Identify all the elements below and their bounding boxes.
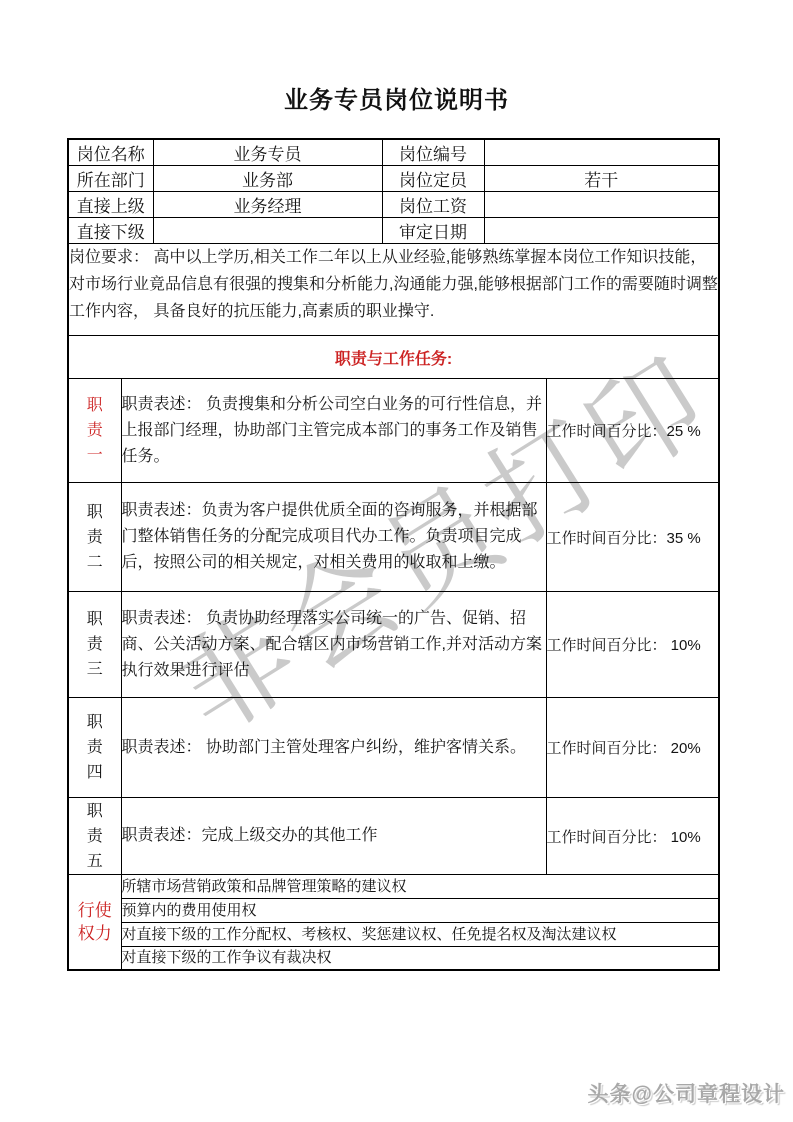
- info-value-subordinate: [153, 218, 382, 244]
- duty-2-description: 职责表述：负责为客户提供优质全面的咨询服务，并根据部门整体销售任务的分配完成项目…: [121, 483, 546, 592]
- duty-row-2: 职责二 职责表述：负责为客户提供优质全面的咨询服务，并根据部门整体销售任务的分配…: [68, 483, 719, 592]
- duty-4-description: 职责表述： 协助部门主管处理客户纠纷，维护客情关系。: [121, 698, 546, 798]
- authority-item-2: 预算内的费用使用权: [121, 899, 719, 923]
- info-value-superior: 业务经理: [153, 192, 382, 218]
- duty-5-label: 职责五: [86, 799, 104, 874]
- duty-3-time-percentage: 工作时间百分比： 10%: [546, 592, 719, 698]
- info-value-review-date: [484, 218, 719, 244]
- duties-section-heading: 职责与工作任务:: [68, 336, 719, 379]
- duty-2-time-percentage: 工作时间百分比：35 %: [546, 483, 719, 592]
- duty-2-label-cell: 职责二: [68, 483, 121, 592]
- table-row: 职责与工作任务:: [68, 336, 719, 379]
- duty-4-label: 职责四: [86, 710, 104, 785]
- duty-5-description: 职责表述：完成上级交办的其他工作: [121, 798, 546, 875]
- document-page: 非会员打印 业务专员岗位说明书 岗位名称 业务专员 岗位编号 所在部门 业务部 …: [0, 0, 793, 1122]
- info-label-superior: 直接上级: [68, 192, 153, 218]
- authority-label-cell: 行使权力: [68, 875, 121, 971]
- table-row: 岗位要求： 高中以上学历,相关工作二年以上从业经验,能够熟练掌握本岗位工作知识技…: [68, 244, 719, 336]
- table-row: 直接下级 审定日期: [68, 218, 719, 244]
- info-value-position-code: [484, 139, 719, 166]
- duty-1-description: 职责表述： 负责搜集和分析公司空白业务的可行性信息，并上报部门经理，协助部门主管…: [121, 379, 546, 483]
- info-label-department: 所在部门: [68, 166, 153, 192]
- job-description-table: 岗位名称 业务专员 岗位编号 所在部门 业务部 岗位定员 若干 直接上级 业务经…: [67, 138, 720, 971]
- info-value-salary: [484, 192, 719, 218]
- info-label-salary: 岗位工资: [382, 192, 484, 218]
- authority-row-2: 预算内的费用使用权: [68, 899, 719, 923]
- authority-item-1: 所辖市场营销政策和品牌管理策略的建议权: [121, 875, 719, 899]
- duty-row-1: 职责一 职责表述： 负责搜集和分析公司空白业务的可行性信息，并上报部门经理，协助…: [68, 379, 719, 483]
- duty-1-label: 职责一: [86, 393, 104, 468]
- authority-item-4: 对直接下级的工作争议有裁决权: [121, 947, 719, 971]
- duty-3-description: 职责表述： 负责协助经理落实公司统一的广告、促销、招商、公关活动方案、配合辖区内…: [121, 592, 546, 698]
- info-label-headcount: 岗位定员: [382, 166, 484, 192]
- duty-2-label: 职责二: [86, 500, 104, 575]
- table-row: 岗位名称 业务专员 岗位编号: [68, 139, 719, 166]
- info-label-position-name: 岗位名称: [68, 139, 153, 166]
- duty-1-time-percentage: 工作时间百分比：25 %: [546, 379, 719, 483]
- authority-row-4: 对直接下级的工作争议有裁决权: [68, 947, 719, 971]
- job-requirements-text: 岗位要求： 高中以上学历,相关工作二年以上从业经验,能够熟练掌握本岗位工作知识技…: [68, 244, 719, 336]
- authority-label: 行使权力: [76, 899, 114, 945]
- footer-watermark: 头条@公司章程设计: [588, 1078, 785, 1108]
- authority-item-3: 对直接下级的工作分配权、考核权、奖惩建议权、任免提名权及淘汰建议权: [121, 923, 719, 947]
- duty-5-label-cell: 职责五: [68, 798, 121, 875]
- authority-row-1: 行使权力 所辖市场营销政策和品牌管理策略的建议权: [68, 875, 719, 899]
- info-label-position-code: 岗位编号: [382, 139, 484, 166]
- table-row: 直接上级 业务经理 岗位工资: [68, 192, 719, 218]
- info-value-headcount: 若干: [484, 166, 719, 192]
- duty-3-label: 职责三: [86, 607, 104, 682]
- info-label-review-date: 审定日期: [382, 218, 484, 244]
- info-label-subordinate: 直接下级: [68, 218, 153, 244]
- table-row: 所在部门 业务部 岗位定员 若干: [68, 166, 719, 192]
- authority-row-3: 对直接下级的工作分配权、考核权、奖惩建议权、任免提名权及淘汰建议权: [68, 923, 719, 947]
- duty-4-label-cell: 职责四: [68, 698, 121, 798]
- duty-3-label-cell: 职责三: [68, 592, 121, 698]
- duty-row-4: 职责四 职责表述： 协助部门主管处理客户纠纷，维护客情关系。 工作时间百分比： …: [68, 698, 719, 798]
- duty-1-label-cell: 职责一: [68, 379, 121, 483]
- duty-row-5: 职责五 职责表述：完成上级交办的其他工作 工作时间百分比： 10%: [68, 798, 719, 875]
- duty-5-time-percentage: 工作时间百分比： 10%: [546, 798, 719, 875]
- page-title: 业务专员岗位说明书: [0, 80, 793, 115]
- info-value-position-name: 业务专员: [153, 139, 382, 166]
- duty-4-time-percentage: 工作时间百分比： 20%: [546, 698, 719, 798]
- info-value-department: 业务部: [153, 166, 382, 192]
- duty-row-3: 职责三 职责表述： 负责协助经理落实公司统一的广告、促销、招商、公关活动方案、配…: [68, 592, 719, 698]
